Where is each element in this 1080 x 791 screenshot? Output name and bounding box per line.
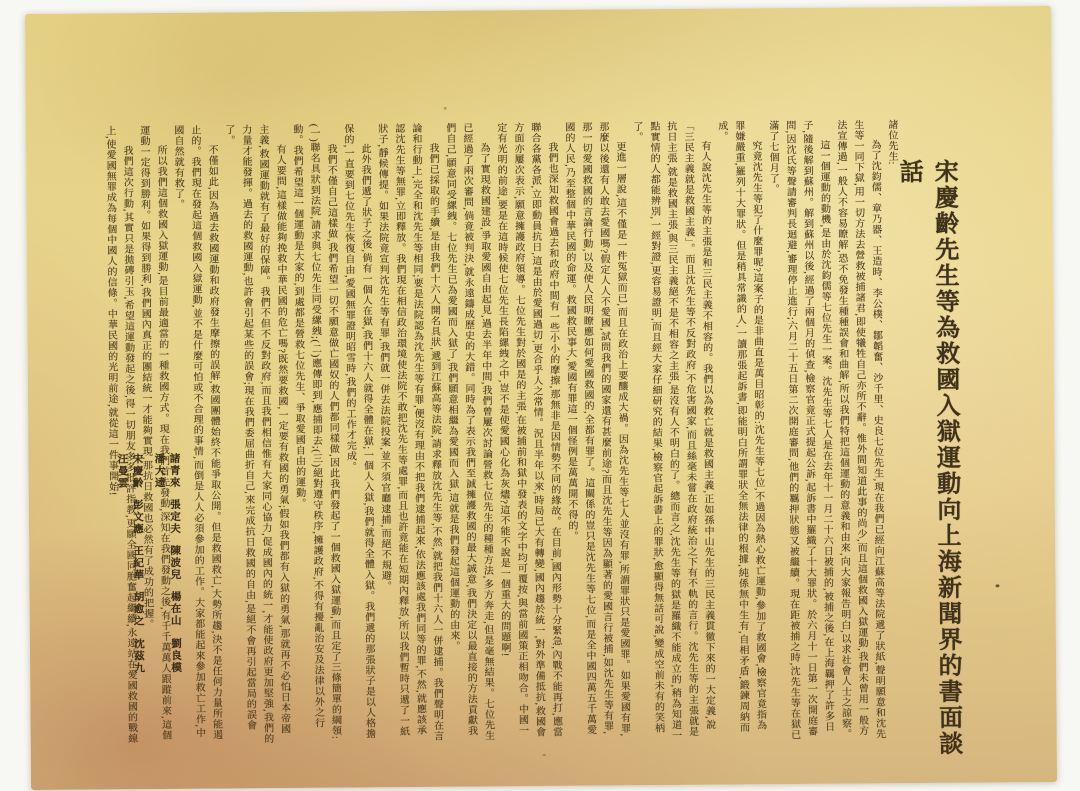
signature-column-1: 諸青來 張定夫 陳波兒 楊在山 劉良模 潘大逵 xyxy=(151,453,183,681)
body-paragraph: 為了沈鈞儒、章乃器、王造時、李公樸、鄒韜奮、沙千里、史良七位先生,現在我們已經向… xyxy=(832,119,888,739)
photo-background: 宋慶齡先生等為救國入獄運動向上海新聞界的書面談話 諸位先生: 為了沈鈞儒、章乃器… xyxy=(0,0,1080,791)
signature-name: 彭文應 xyxy=(132,499,143,535)
body-paragraph: 此外我們遞了狀子之後,倘有一個人在獄,我們十六人就得全體在獄;一個人入獄,我們就… xyxy=(339,123,378,743)
signature-name: 潘大逵 xyxy=(153,453,164,489)
body-paragraph: 我們不僅自己這樣做,我們希望一切不願意做亡國奴的人們都同樣做,因此我們發起了一個… xyxy=(288,124,344,744)
body-paragraph: 究竟沈先生等犯了什麼罪呢?這案子的是非曲直是萬目昭彰的:沈先生等七位,不過因為熱… xyxy=(713,120,769,740)
document-paper: 宋慶齡先生等為救國入獄運動向上海新聞界的書面談話 諸位先生: 為了沈鈞儒、章乃器… xyxy=(25,6,1057,790)
body-paragraph: 為了實現救國建設,爭取愛國自由起見,過去半年中間,我們曾屢次討論營救七位先生的種… xyxy=(441,122,497,742)
signature-name: 劉良模 xyxy=(170,637,181,673)
signature-name: 諸青來 xyxy=(168,453,179,489)
body-paragraph: 這一個運動的動機,是由於沈鈞儒等七位先生一案。沈先生等七人是在去年十一月二十六日… xyxy=(764,120,837,741)
ink-speck xyxy=(995,584,999,587)
signature-name: 沈茲九 xyxy=(133,638,144,674)
ink-speck xyxy=(288,688,291,691)
body-columns: 諸位先生: 為了沈鈞儒、章乃器、王造時、李公樸、鄒韜奮、沙千里、史良七位先生,現… xyxy=(100,119,905,745)
signature-name: 汪曼雲 xyxy=(116,453,127,489)
body-paragraph: 有人說沈先生等的主張是和三民主義不相容的。我們以為救亡就是救國主義,正如孫中山先… xyxy=(628,121,718,742)
ink-speck xyxy=(543,754,546,756)
signature-name: 宋慶齡 xyxy=(131,453,142,489)
body-paragraph: 有人要問,這樣做能夠挽救中華民國的危亡嗎?既然要救國,一定要有救國的勇氣;假如我… xyxy=(220,124,293,745)
signature-name: 胡愈之 xyxy=(133,592,144,628)
signature-name: 楊在山 xyxy=(170,591,181,627)
signature-name: 王紀華 xyxy=(132,545,143,581)
signature-column-2: 宋慶齡 彭文應 王紀華 胡愈之 沈茲九 汪曼雲 xyxy=(114,453,146,681)
document-title: 宋慶齡先生等為救國入獄運動向上海新聞界的書面談話 xyxy=(927,159,966,763)
body-paragraph: 更進一層說,這不僅是一件冤獄而已,而且在政治上要釀成大禍。因為沈先生等七人並沒有… xyxy=(560,121,633,742)
body-paragraph: 我們已採取的手續,是由我們十六人開名具狀,遞到江蘇高等法院,請求釋放沈先生等,不… xyxy=(373,123,446,744)
ink-speck xyxy=(444,107,447,110)
signature-name: 陳波兒 xyxy=(169,545,180,581)
signature-name: 張定夫 xyxy=(169,499,180,535)
body-paragraph: 我們也深知救國會過去和政府中間有一些小小的摩擦,那無非是因情勢不同的緣故。在目前… xyxy=(492,122,565,743)
signature-block: 諸青來 張定夫 陳波兒 楊在山 劉良模 潘大逵 宋慶齡 彭文應 王紀華 胡愈之 … xyxy=(114,453,183,682)
